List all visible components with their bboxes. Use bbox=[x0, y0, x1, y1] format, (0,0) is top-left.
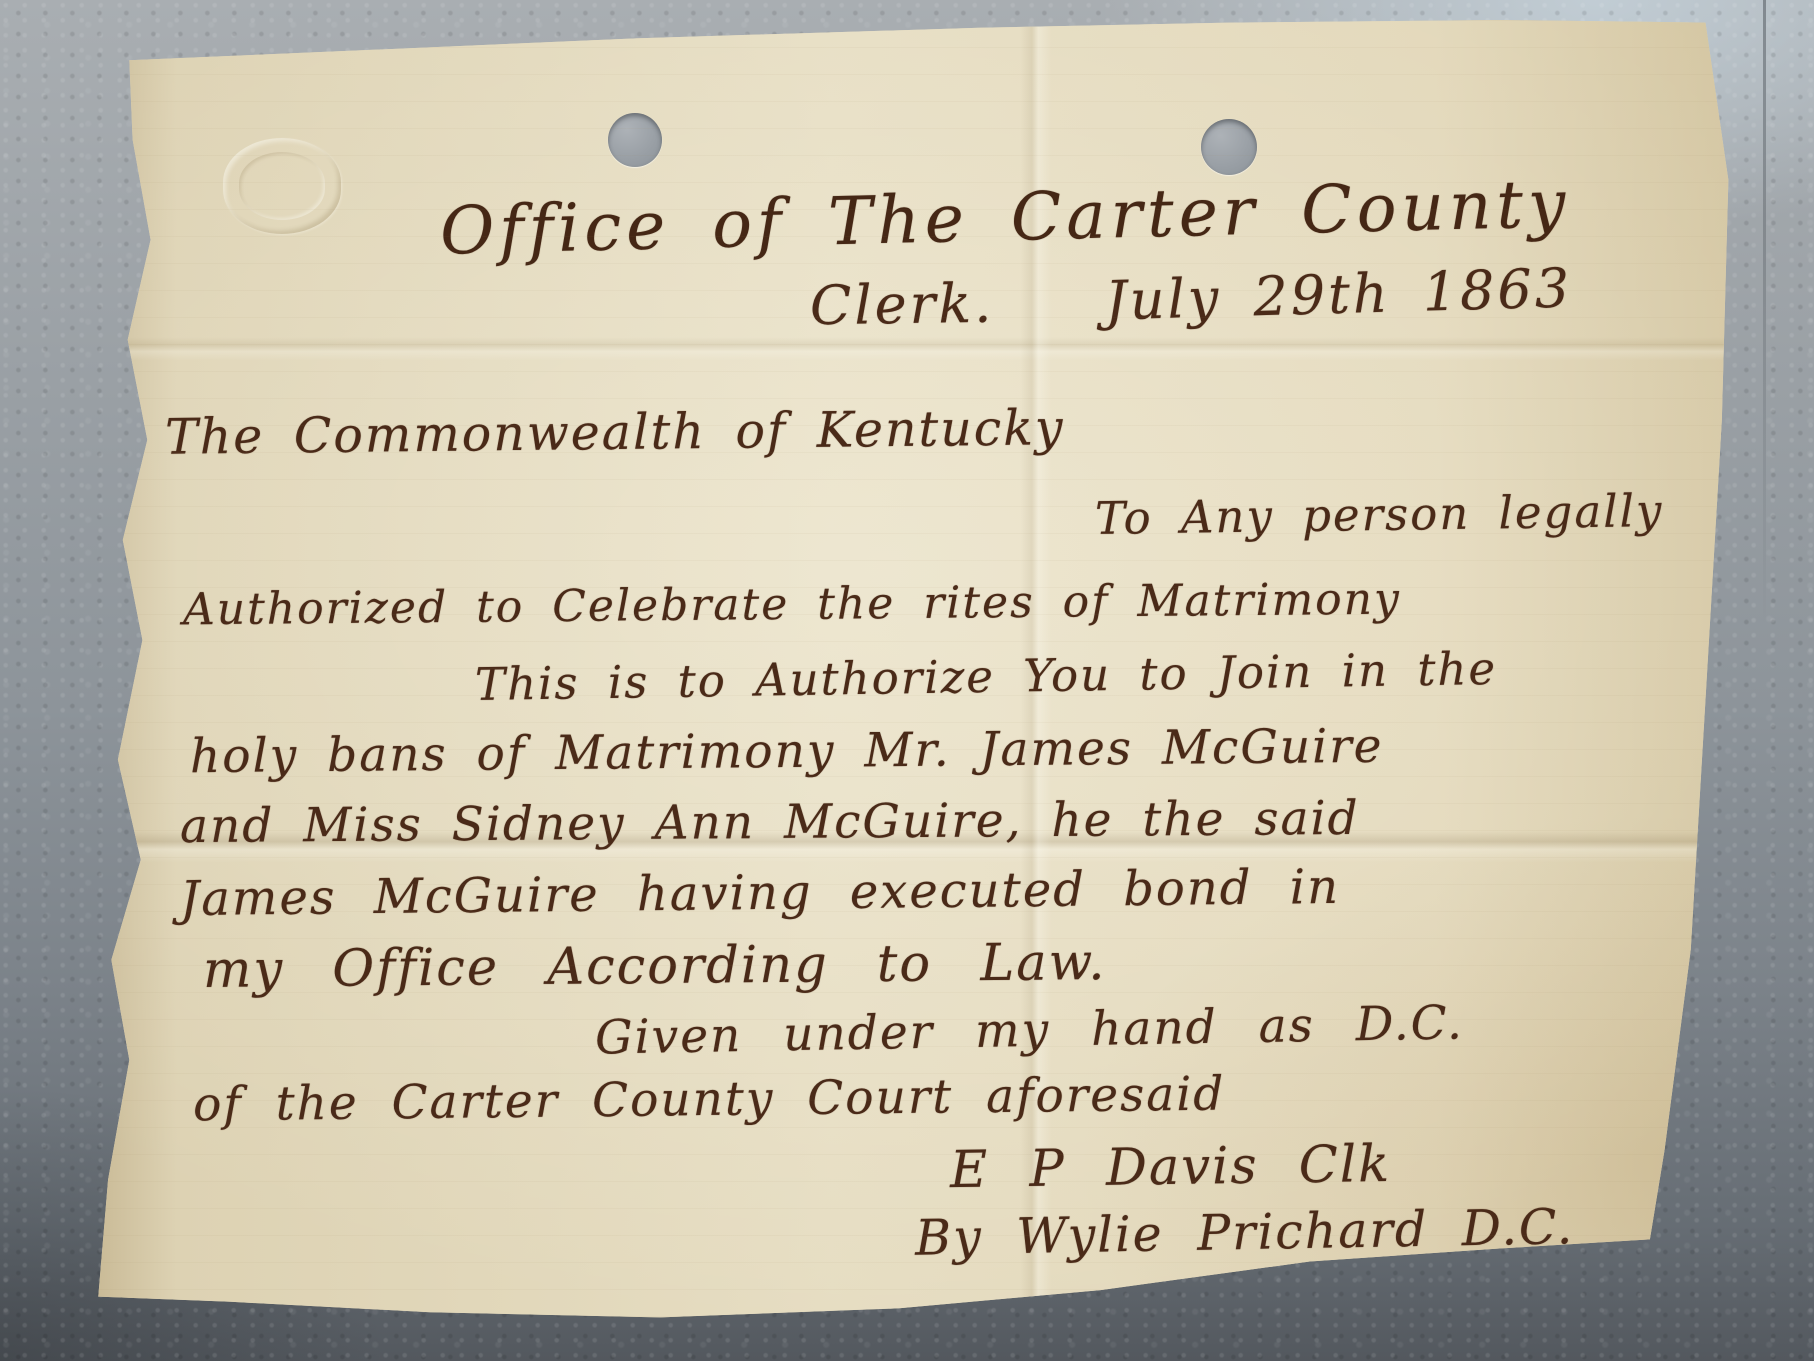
line-commonwealth: The Commonwealth of Kentucky bbox=[165, 403, 1065, 461]
header-date: July 29th 1863 bbox=[1104, 261, 1572, 328]
line-and-miss-sidney: and Miss Sidney Ann McGuire, he the said bbox=[180, 795, 1360, 850]
embossed-seal bbox=[223, 138, 341, 234]
punch-hole-right bbox=[1201, 119, 1257, 175]
desk-seam bbox=[1763, 0, 1766, 626]
line-my-office: my Office According to Law. bbox=[203, 937, 1107, 996]
header-clerk-label: Clerk. bbox=[810, 277, 995, 334]
signature-clerk: E P Davis Clk bbox=[950, 1139, 1392, 1196]
punch-hole-left bbox=[608, 113, 662, 167]
document-paper: Office of The Carter County Clerk. July … bbox=[95, 20, 1730, 1320]
header-office-line: Office of The Carter County bbox=[439, 171, 1571, 265]
line-this-is-to: This is to Authorize You to Join in the bbox=[475, 646, 1498, 707]
line-to-any-person: To Any person legally bbox=[1095, 488, 1664, 541]
line-authorized: Authorized to Celebrate the rites of Mat… bbox=[183, 578, 1401, 633]
line-holy-bans: holy bans of Matrimony Mr. James McGuire bbox=[190, 723, 1384, 780]
photo-of-document: Office of The Carter County Clerk. July … bbox=[0, 0, 1814, 1361]
line-james-having: James McGuire having executed bond in bbox=[180, 863, 1340, 923]
line-given-under: Given under my hand as D.C. bbox=[595, 999, 1465, 1061]
line-of-the-carter: of the Carter County Court aforesaid bbox=[193, 1071, 1226, 1129]
signature-deputy: By Wylie Prichard D.C. bbox=[915, 1202, 1575, 1262]
